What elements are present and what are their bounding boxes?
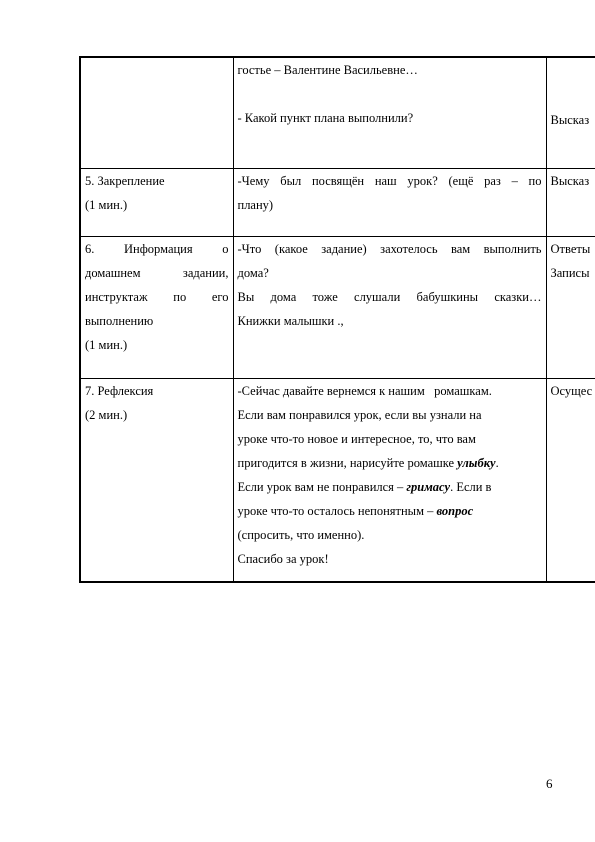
- table-row: гостье – Валентине Васильевне… - Какой п…: [80, 57, 595, 169]
- stage-title: 5. Закрепление: [85, 169, 229, 193]
- text-line: Записы: [551, 261, 595, 285]
- text-line: пригодится в жизни, нарисуйте ромашке ул…: [238, 451, 542, 475]
- text-line: -Что (какое задание) захотелось вам выпо…: [238, 237, 542, 261]
- text-line: Книжки малышки .,: [238, 309, 542, 333]
- spacer: [551, 58, 595, 82]
- lesson-plan-table: гостье – Валентине Васильевне… - Какой п…: [79, 56, 595, 583]
- text-line: (спросить, что именно).: [238, 523, 542, 547]
- stage-cell: 5. Закрепление (1 мин.): [80, 169, 233, 237]
- stage-cell: 7. Рефлексия (2 мин.): [80, 379, 233, 583]
- stage-duration: (1 мин.): [85, 333, 229, 357]
- teacher-activity-cell: -Чему был посвящён наш урок? (ещё раз – …: [233, 169, 546, 237]
- emphasis-smile: улыбку: [457, 456, 495, 470]
- text-fragment: уроке что-то осталось непонятным –: [238, 504, 437, 518]
- text-line: Если вам понравился урок, если вы узнали…: [238, 403, 542, 427]
- student-activity-cell: Высказ: [546, 169, 595, 237]
- text-line: плану): [238, 193, 542, 217]
- text-fragment: . Если в: [450, 480, 491, 494]
- teacher-activity-cell: гостье – Валентине Васильевне… - Какой п…: [233, 57, 546, 169]
- student-activity-cell: Осущес: [546, 379, 595, 583]
- text-fragment: Если урок вам не понравился –: [238, 480, 407, 494]
- stage-duration: (2 мин.): [85, 403, 229, 427]
- text-line: Осущес: [551, 379, 595, 403]
- page-number: 6: [546, 776, 553, 792]
- table-row: 5. Закрепление (1 мин.) -Чему был посвящ…: [80, 169, 595, 237]
- stage-cell: [80, 57, 233, 169]
- spacer: [551, 82, 595, 106]
- text-line: -Сейчас давайте вернемся к нашим ромашка…: [238, 379, 542, 403]
- student-activity-cell: Ответы Записы: [546, 237, 595, 379]
- text-line: Вы дома тоже слушали бабушкины сказки…: [238, 285, 542, 309]
- text-line: уроке что-то осталось непонятным – вопро…: [238, 499, 542, 523]
- stage-title: 6. Информация о: [85, 237, 229, 261]
- teacher-activity-cell: -Что (какое задание) захотелось вам выпо…: [233, 237, 546, 379]
- text-line: Ответы: [551, 237, 595, 261]
- stage-duration: (1 мин.): [85, 193, 229, 217]
- text-line: Высказ: [551, 108, 595, 132]
- text-line: гостье – Валентине Васильевне…: [238, 58, 542, 82]
- stage-title: инструктаж по его: [85, 285, 229, 309]
- text-line: дома?: [238, 261, 542, 285]
- emphasis-grimace: гримасу: [406, 480, 450, 494]
- text-line: Если урок вам не понравился – гримасу. Е…: [238, 475, 542, 499]
- spacer: [238, 82, 542, 106]
- text-line: уроке что-то новое и интересное, то, что…: [238, 427, 542, 451]
- student-activity-cell: Высказ: [546, 57, 595, 169]
- text-line: - Какой пункт плана выполнили?: [238, 106, 542, 130]
- teacher-activity-cell: -Сейчас давайте вернемся к нашим ромашка…: [233, 379, 546, 583]
- emphasis-question: вопрос: [437, 504, 474, 518]
- text-line: Спасибо за урок!: [238, 547, 542, 571]
- table-row: 6. Информация о домашнем задании, инстру…: [80, 237, 595, 379]
- stage-cell: 6. Информация о домашнем задании, инстру…: [80, 237, 233, 379]
- stage-title: домашнем задании,: [85, 261, 229, 285]
- text-line: Высказ: [551, 169, 595, 193]
- text-fragment: пригодится в жизни, нарисуйте ромашке: [238, 456, 458, 470]
- stage-title: выполнению: [85, 309, 229, 333]
- table-row: 7. Рефлексия (2 мин.) -Сейчас давайте ве…: [80, 379, 595, 583]
- text-line: -Чему был посвящён наш урок? (ещё раз – …: [238, 169, 542, 193]
- stage-title: 7. Рефлексия: [85, 379, 229, 403]
- document-page: гостье – Валентине Васильевне… - Какой п…: [0, 0, 595, 842]
